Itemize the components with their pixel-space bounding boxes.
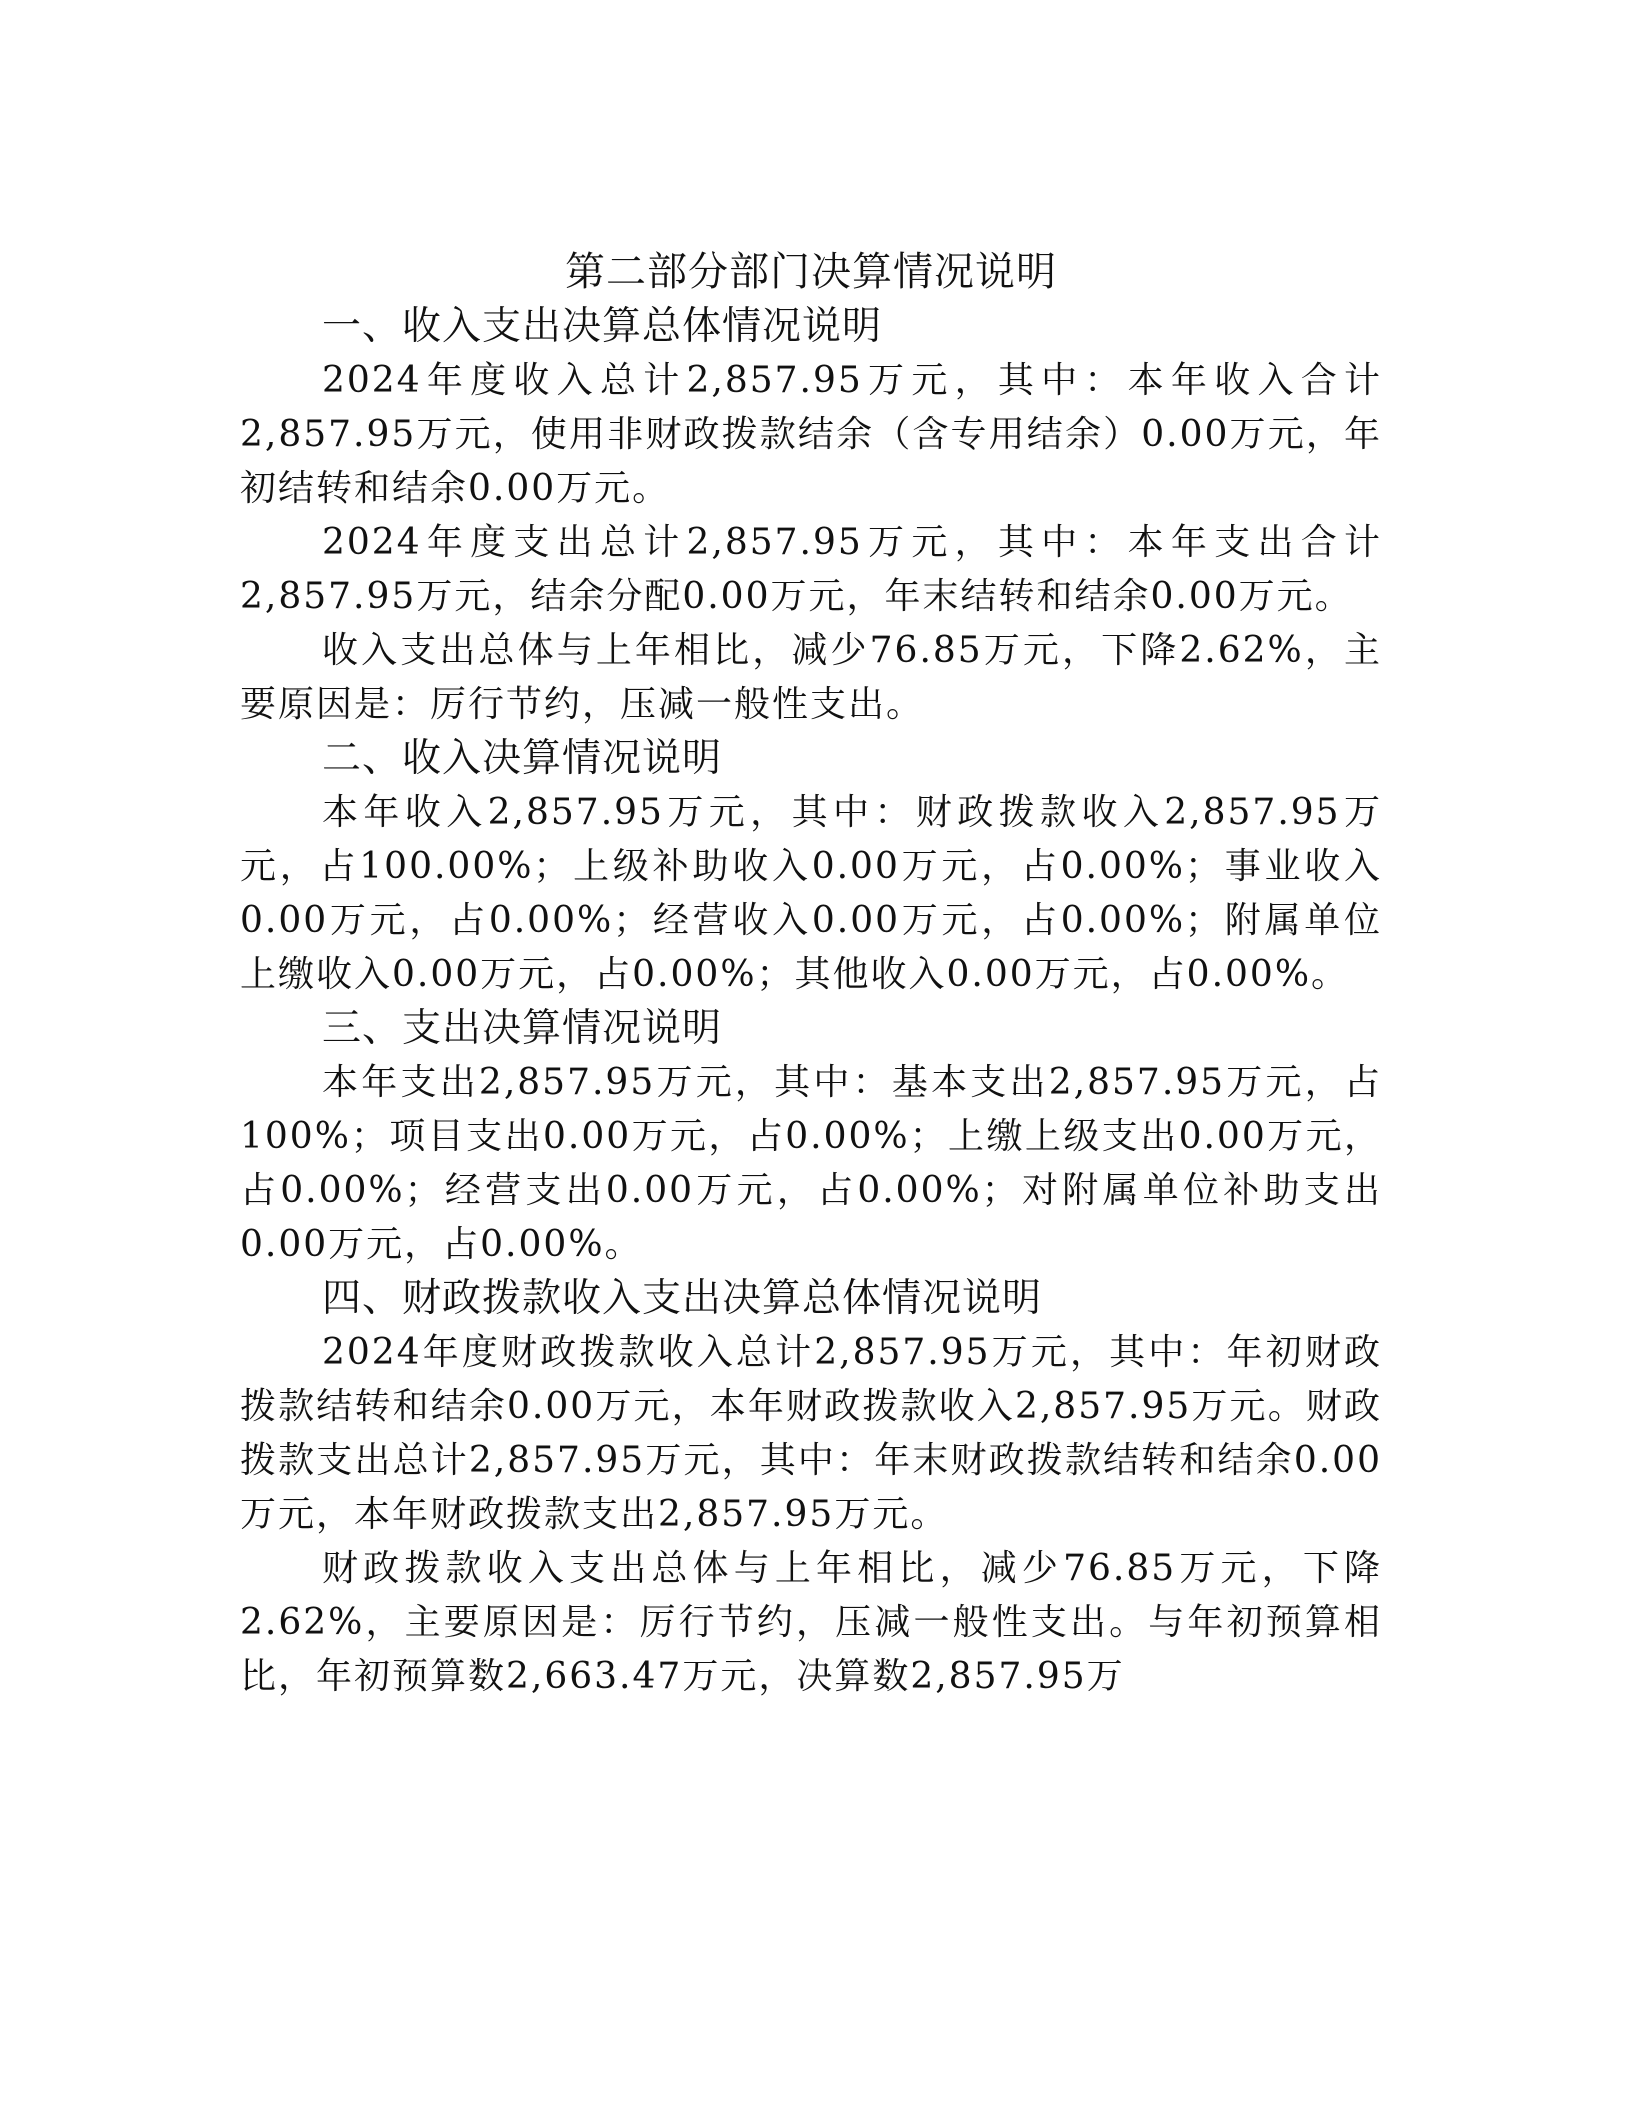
paragraph-expense-breakdown: 本年支出2,857.95万元，其中：基本支出2,857.95万元，占100%；项… xyxy=(240,1056,1382,1272)
section-heading: 二、收入决算情况说明 xyxy=(240,732,1382,786)
document-page: 第二部分部门决算情况说明 一、收入支出决算总体情况说明 2024年度收入总计2,… xyxy=(240,244,1382,1704)
section-income: 二、收入决算情况说明 本年收入2,857.95万元，其中：财政拨款收入2,857… xyxy=(240,732,1382,1002)
paragraph-yoy-comparison: 收入支出总体与上年相比，减少76.85万元，下降2.62%，主要原因是：厉行节约… xyxy=(240,624,1382,732)
section-heading: 一、收入支出决算总体情况说明 xyxy=(240,300,1382,354)
document-title: 第二部分部门决算情况说明 xyxy=(240,244,1382,300)
paragraph-fiscal-totals: 2024年度财政拨款收入总计2,857.95万元，其中：年初财政拨款结转和结余0… xyxy=(240,1326,1382,1542)
section-fiscal-appropriation: 四、财政拨款收入支出决算总体情况说明 2024年度财政拨款收入总计2,857.9… xyxy=(240,1272,1382,1704)
section-heading: 三、支出决算情况说明 xyxy=(240,1002,1382,1056)
section-heading: 四、财政拨款收入支出决算总体情况说明 xyxy=(240,1272,1382,1326)
paragraph-income-breakdown: 本年收入2,857.95万元，其中：财政拨款收入2,857.95万元，占100.… xyxy=(240,786,1382,1002)
paragraph-income-total: 2024年度收入总计2,857.95万元，其中：本年收入合计2,857.95万元… xyxy=(240,354,1382,516)
section-overall: 一、收入支出决算总体情况说明 2024年度收入总计2,857.95万元，其中：本… xyxy=(240,300,1382,732)
paragraph-fiscal-comparison: 财政拨款收入支出总体与上年相比，减少76.85万元，下降2.62%，主要原因是：… xyxy=(240,1542,1382,1704)
section-expense: 三、支出决算情况说明 本年支出2,857.95万元，其中：基本支出2,857.9… xyxy=(240,1002,1382,1272)
paragraph-expense-total: 2024年度支出总计2,857.95万元，其中：本年支出合计2,857.95万元… xyxy=(240,516,1382,624)
